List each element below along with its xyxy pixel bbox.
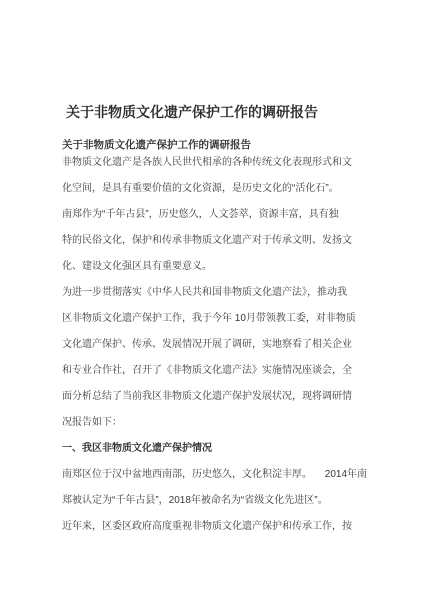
body-text-line: 近年来，区委区政府高度重视非物质文化遗产保护和传承工作，按 — [62, 514, 368, 540]
document-page: 关于非物质文化遗产保护工作的调研报告 关于非物质文化遗产保护工作的调研报告 非物… — [0, 0, 423, 600]
body-text-line: 特的民俗文化，保护和传承非物质文化遗产对于传承文明、发扬文 — [62, 228, 368, 254]
body-text-line: 为进一步贯彻落实《中华人民共和国非物质文化遗产法》，推动我 — [62, 280, 368, 306]
document-title: 关于非物质文化遗产保护工作的调研报告 — [66, 102, 318, 122]
body-text-line: 和专业合作社，召开了《非物质文化遗产法》实施情况座谈会，全 — [62, 358, 368, 384]
body-text-line: 况报告如下： — [62, 410, 368, 436]
body-text-line: 化、建设文化强区具有重要意义。 — [62, 254, 368, 280]
body-text-line: 文化遗产保护、传承、发展情况开展了调研，实地察看了相关企业 — [62, 332, 368, 358]
body-text-line: 面分析总结了当前我区非物质文化遗产保护发展状况，现将调研情 — [62, 384, 368, 410]
body-text-line: 化空间，是具有重要价值的文化资源，是历史文化的“活化石”。 — [62, 176, 368, 202]
body-text-line: 南郑作为“千年古县”，历史悠久，人文荟萃，资源丰富，具有独 — [62, 202, 368, 228]
section-heading: 一、我区非物质文化遗产保护情况 — [62, 436, 368, 462]
body-text-line: 南郑区位于汉中盆地西南部，历史悠久，文化积淀丰厚。 2014年南 — [62, 462, 368, 488]
body-text-line: 区非物质文化遗产保护工作，我于今年 10月带领教工委，对非物质 — [62, 306, 368, 332]
body-text-line: 非物质文化遗产是各族人民世代相承的各种传统文化表现形式和文 — [62, 150, 368, 176]
document-body: 非物质文化遗产是各族人民世代相承的各种传统文化表现形式和文化空间，是具有重要价值… — [62, 150, 368, 540]
body-text-line: 郑被认定为“千年古县”，2018年被命名为“省级文化先进区”。 — [62, 488, 368, 514]
